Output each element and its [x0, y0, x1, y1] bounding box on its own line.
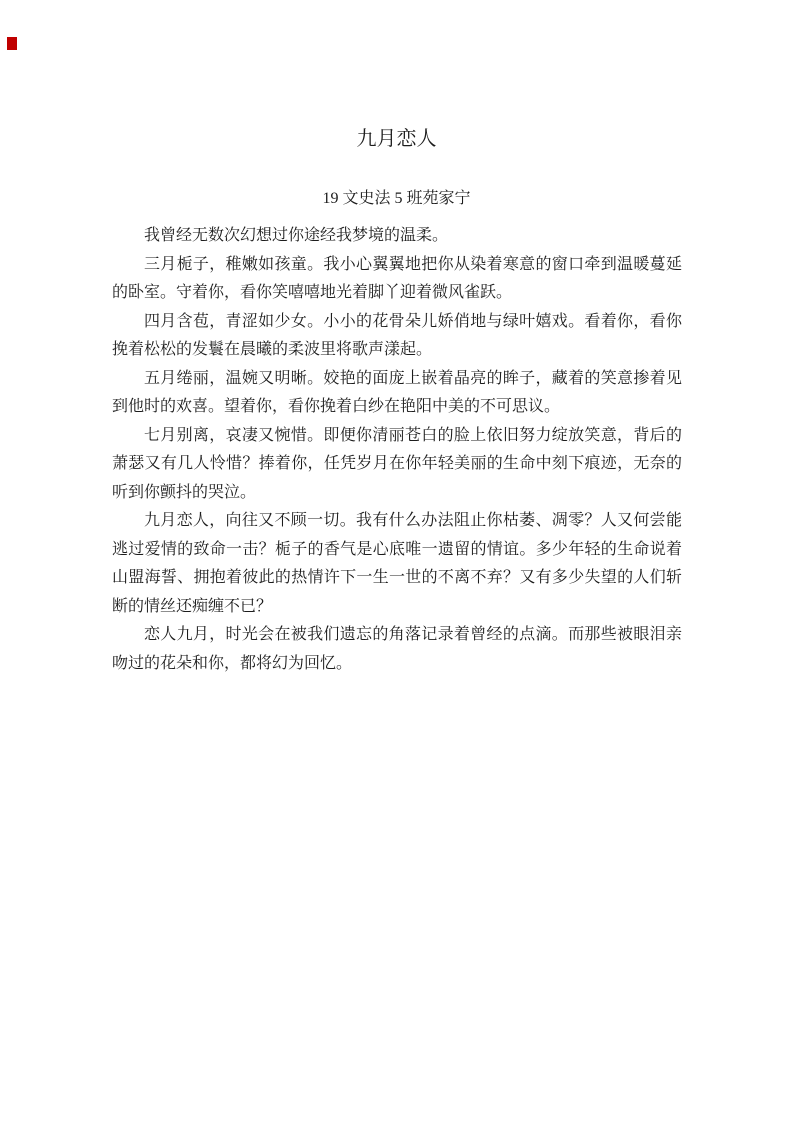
paragraph: 五月绻丽，温婉又明晰。姣艳的面庞上嵌着晶亮的眸子，藏着的笑意掺着见到他时的欢喜。…	[112, 365, 682, 422]
paragraph: 四月含苞，青涩如少女。小小的花骨朵儿娇俏地与绿叶嬉戏。看着你，看你挽着松松的发鬟…	[112, 308, 682, 365]
author-byline: 19 文史法 5 班苑家宁	[0, 187, 793, 211]
red-square-artifact	[7, 37, 17, 50]
paragraph: 恋人九月，时光会在被我们遗忘的角落记录着曾经的点滴。而那些被眼泪亲吻过的花朵和你…	[112, 621, 682, 678]
document-page: 九月恋人 19 文史法 5 班苑家宁 我曾经无数次幻想过你途经我梦境的温柔。 三…	[0, 0, 793, 1122]
paragraph: 九月恋人，向往又不顾一切。我有什么办法阻止你枯萎、凋零？人又何尝能逃过爱情的致命…	[112, 507, 682, 621]
document-body: 我曾经无数次幻想过你途经我梦境的温柔。 三月栀子，稚嫩如孩童。我小心翼翼地把你从…	[112, 222, 682, 678]
paragraph: 三月栀子，稚嫩如孩童。我小心翼翼地把你从染着寒意的窗口牵到温暖蔓延的卧室。守着你…	[112, 251, 682, 308]
document-title: 九月恋人	[0, 125, 793, 153]
paragraph: 七月别离，哀凄又惋惜。即便你清丽苍白的脸上依旧努力绽放笑意，背后的萧瑟又有几人怜…	[112, 422, 682, 508]
paragraph: 我曾经无数次幻想过你途经我梦境的温柔。	[112, 222, 682, 251]
